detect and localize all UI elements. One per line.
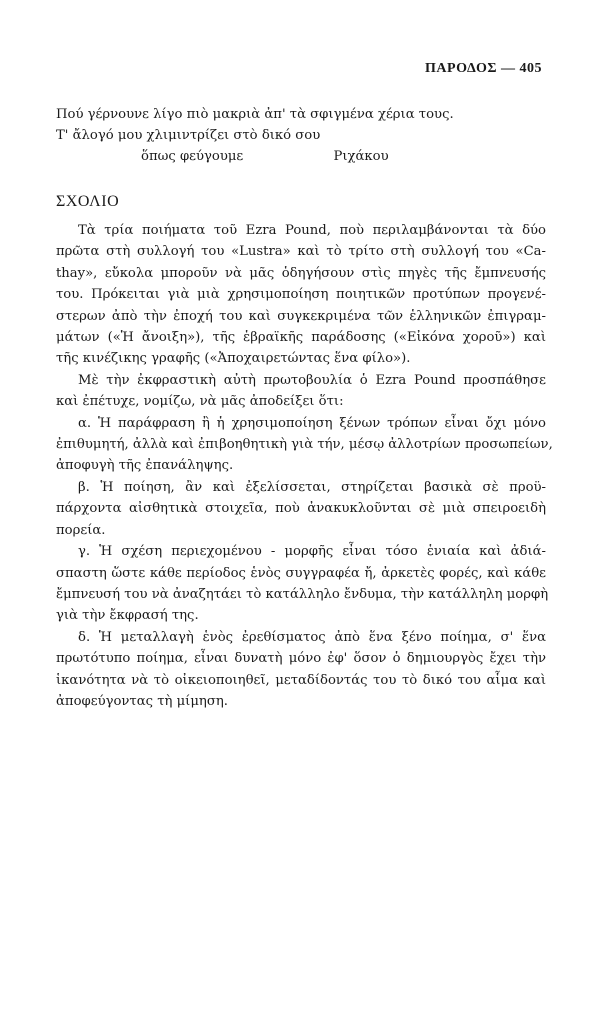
text-line: ἀποφεύγοντας τὴ μίμηση. — [56, 691, 546, 712]
verse-line: ὅπως φεύγουμε — [141, 149, 243, 164]
commentary-body: Τὰ τρία ποιήματα τοῦ Ezra Pound, ποὺ περ… — [56, 220, 546, 712]
text-line: σπαστη ὥστε κάθε περίοδος ἑνὸς συγγραφέα… — [56, 563, 546, 584]
text-line: πρῶτα στὴ συλλογή του «Lustra» καὶ τὸ τρ… — [56, 241, 546, 262]
text-line: thay», εὔκολα μποροῦν νὰ μᾶς ὁδηγήσουν σ… — [56, 263, 546, 284]
text-line: Τὰ τρία ποιήματα τοῦ Ezra Pound, ποὺ περ… — [56, 220, 546, 241]
verse-line: Τ' ἄλογό μου χλιμιντρίζει στὸ δικό σου — [56, 125, 454, 146]
text-line: ἀποφυγὴ τῆς ἐπανάληψης. — [56, 455, 546, 476]
text-line: γιὰ τὴν ἔκφρασή της. — [56, 605, 546, 626]
text-line: του. Πρόκειται γιὰ μιὰ χρησιμοποίηση ποι… — [56, 284, 546, 305]
text-line: πάρχοντα αἰσθητικὰ στοιχεῖα, ποὺ ἀνακυκλ… — [56, 498, 546, 519]
text-line: ἐπιθυμητή, ἀλλὰ καὶ ἐπιβοηθητικὴ γιὰ τήν… — [56, 434, 546, 455]
text-line: μάτων («Ἡ ἄνοιξη»), τῆς ἑβραϊκῆς παράδοσ… — [56, 327, 546, 348]
text-line: γ. Ἡ σχέση περιεχομένου - μορφῆς εἶναι τ… — [56, 541, 546, 562]
text-line: β. Ἡ ποίηση, ἂν καὶ ἐξελίσσεται, στηρίζε… — [56, 477, 546, 498]
text-line: α. Ἡ παράφραση ἢ ἡ χρησιμοποίηση ξένων τ… — [56, 413, 546, 434]
text-line: τῆς κινέζικης γραφῆς («Ἀποχαιρετώντας ἕν… — [56, 348, 546, 369]
running-head-text: ΠΑΡΟΔΟΣ — 405 — [425, 61, 542, 76]
text-line: δ. Ἡ μεταλλαγὴ ἑνὸς ἐρεθίσματος ἀπὸ ἕνα … — [56, 627, 546, 648]
section-heading: ΣΧΟΛΙΟ — [56, 193, 119, 211]
text-line: πρωτότυπο ποίημα, εἶναι δυνατὴ μόνο ἐφ' … — [56, 648, 546, 669]
translator-signature: Ριχάκου — [333, 149, 388, 164]
text-line: ἱκανότητα νὰ τὸ οἰκειοποιηθεῖ, μεταδίδον… — [56, 670, 546, 691]
book-page: ΠΑΡΟΔΟΣ — 405 Πού γέρνουνε λίγο πιὸ μακρ… — [0, 0, 597, 1024]
text-line: ἔμπνευσή του νὰ ἀναζητάει τὸ κατάλληλο ἔ… — [56, 584, 546, 605]
text-line: Μὲ τὴν ἐκφραστικὴ αὐτὴ πρωτοβουλία ὁ Ezr… — [56, 370, 546, 391]
text-line: πορεία. — [56, 520, 546, 541]
text-line: στερων ἀπὸ τὴν ἐποχή του καὶ συγκεκριμέν… — [56, 306, 546, 327]
running-head: ΠΑΡΟΔΟΣ — 405 — [425, 61, 542, 77]
poem-ending: Πού γέρνουνε λίγο πιὸ μακριὰ ἀπ' τὰ σφιγ… — [56, 104, 454, 167]
text-line: καὶ ἐπέτυχε, νομίζω, νὰ μᾶς ἀποδείξει ὅτ… — [56, 391, 546, 412]
verse-line: Πού γέρνουνε λίγο πιὸ μακριὰ ἀπ' τὰ σφιγ… — [56, 104, 454, 125]
verse-final-line: ὅπως φεύγουμε Ριχάκου — [141, 146, 454, 167]
